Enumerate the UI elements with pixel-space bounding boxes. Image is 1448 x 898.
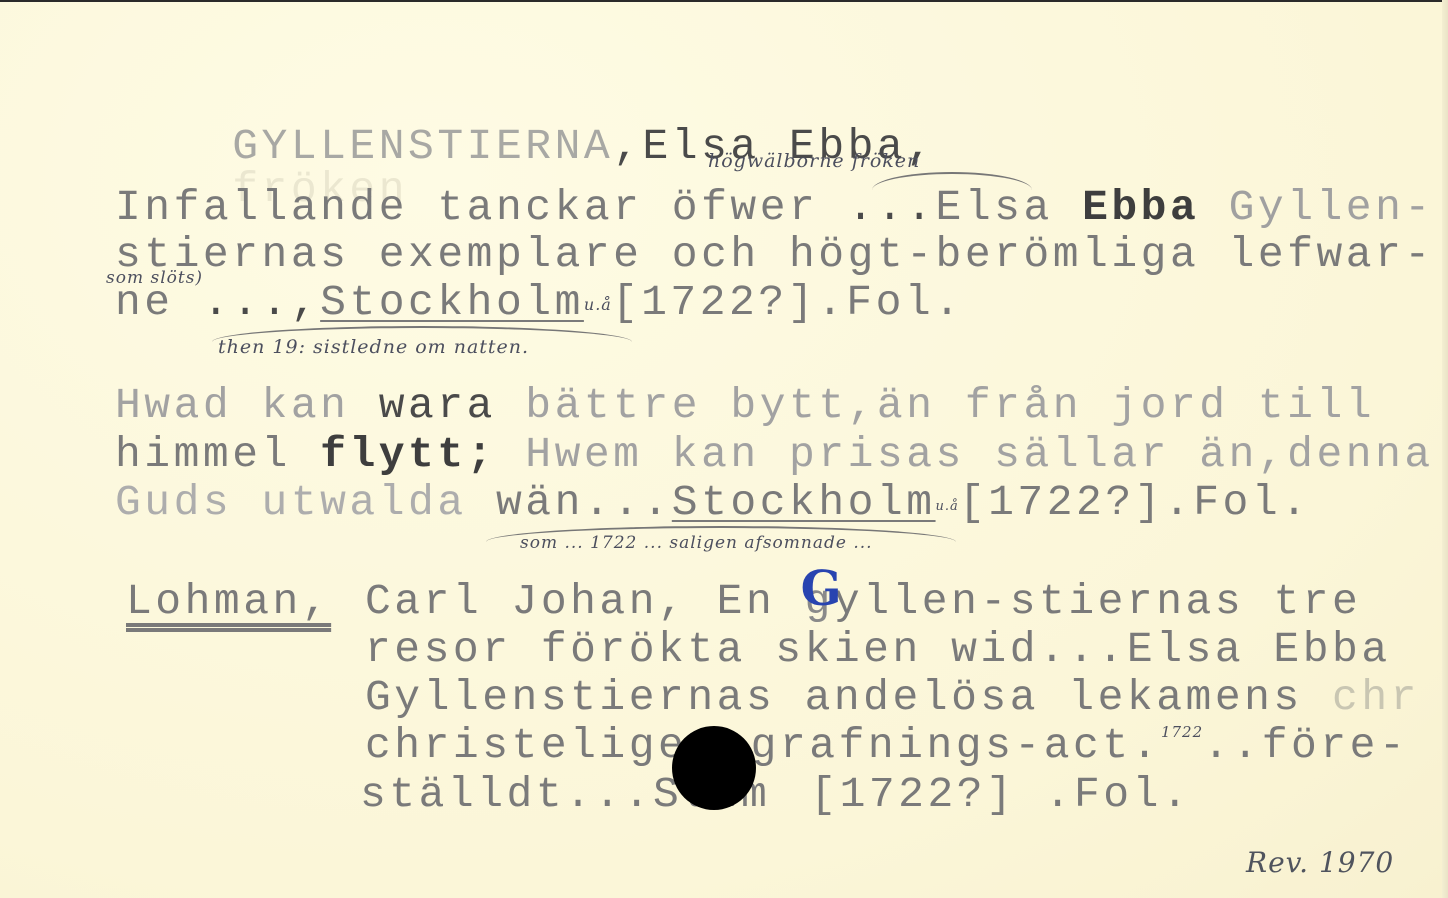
entry3-author: Lohman, — [126, 580, 331, 623]
entry1-ellipsis2: ..., — [203, 278, 320, 327]
entry2-place: Stockholm — [672, 478, 936, 527]
entry1-ebba: Ebba — [1082, 183, 1199, 232]
heading-surname: GYLLENSTIERNA — [232, 122, 613, 171]
entry3-line3-text: Gyllenstiernas andelösa lekamens — [365, 673, 1332, 722]
entry3-line3: Gyllenstiernas andelösa lekamens chr — [365, 676, 1420, 719]
entry3-annot-1722: 1722 — [1161, 723, 1203, 741]
entry1-line2: stiernas exemplare och högt-berömliga le… — [115, 233, 1434, 276]
annotation-then-19: then 19: sistledne om natten. — [218, 336, 529, 358]
entry3-line2: resor förökta skien wid...Elsa Ebba — [365, 628, 1391, 671]
annotation-hogwalborne: högwälborne fröken — [708, 150, 920, 172]
entry2-line2-rest: Hwem kan prisas sällar än,denna — [496, 430, 1434, 479]
revision-note: Rev. 1970 — [1246, 846, 1394, 879]
entry3-corrected-g: Gg — [805, 577, 834, 626]
blue-correction-g: G — [801, 565, 846, 613]
entry1-line3: ne ...,Stockholmu.å[1722?].Fol. — [115, 281, 963, 324]
entry3-line1-text: Carl Johan, En — [365, 577, 805, 626]
entry1-line1: Infallande tanckar öfwer ...Elsa Ebba Gy… — [115, 186, 1434, 229]
entry2-ua: u.å — [936, 499, 959, 514]
entry3-author-name: Lohman, — [126, 577, 331, 626]
entry2-wan: wän... — [496, 478, 672, 527]
entry2-wara: wara — [379, 381, 496, 430]
entry2-flytt: flytt; — [320, 430, 496, 479]
entry2-line3: Guds utwalda wän...Stockholmu.å[1722?].F… — [115, 481, 1310, 524]
entry1-line1-text: Infallande tanckar öfwer — [115, 183, 848, 232]
card-right-edge — [1442, 0, 1448, 898]
entry1-ua: u.å — [584, 295, 612, 314]
entry3-begrafnings: egrafnings-act. — [721, 721, 1161, 770]
entry2-himmel: himmel — [115, 430, 320, 479]
entry2-line1: Hwad kan wara bättre bytt,än från jord t… — [115, 384, 1375, 427]
entry3-line1: Carl Johan, En Ggyllen-stiernas tre — [365, 580, 1361, 623]
entry1-gyllen: Gyllen- — [1199, 183, 1433, 232]
entry3-faint-chr: chr — [1332, 673, 1420, 722]
entry3-line5: ställdt...Sthm[1722?] .Fol. — [360, 773, 1191, 816]
entry2-guds: Guds utwalda — [115, 478, 496, 527]
entry1-ellipsis: ... — [848, 183, 936, 232]
entry3-line4: christeligeegrafnings-act.1722..före- — [365, 724, 1408, 767]
entry3-line1-rest: yllen-stiernas tre — [834, 577, 1361, 626]
entry1-ne: ne — [115, 278, 174, 327]
entry3-date-format: [1722?] .Fol. — [810, 770, 1191, 819]
catalog-card: GYLLENSTIERNA,Elsa Ebba, fröken högwälbo… — [0, 0, 1448, 898]
entry3-fore: ..före- — [1203, 721, 1408, 770]
entry1-place: Stockholm — [320, 278, 584, 327]
entry3-christelige: christelige — [365, 721, 687, 770]
punch-hole — [672, 726, 756, 810]
entry2-hwad: Hwad kan — [115, 381, 379, 430]
entry1-date-format: [1722?].Fol. — [612, 278, 964, 327]
entry1-elsa: Elsa — [936, 183, 1083, 232]
entry2-line1-rest: bättre bytt,än från jord till — [496, 381, 1375, 430]
annotation-saligen: som ... 1722 ... saligen afsomnade ... — [520, 533, 873, 553]
entry2-date-format: [1722?].Fol. — [959, 478, 1311, 527]
entry2-line2: himmel flytt; Hwem kan prisas sällar än,… — [115, 433, 1434, 476]
card-top-edge — [0, 0, 1448, 2]
